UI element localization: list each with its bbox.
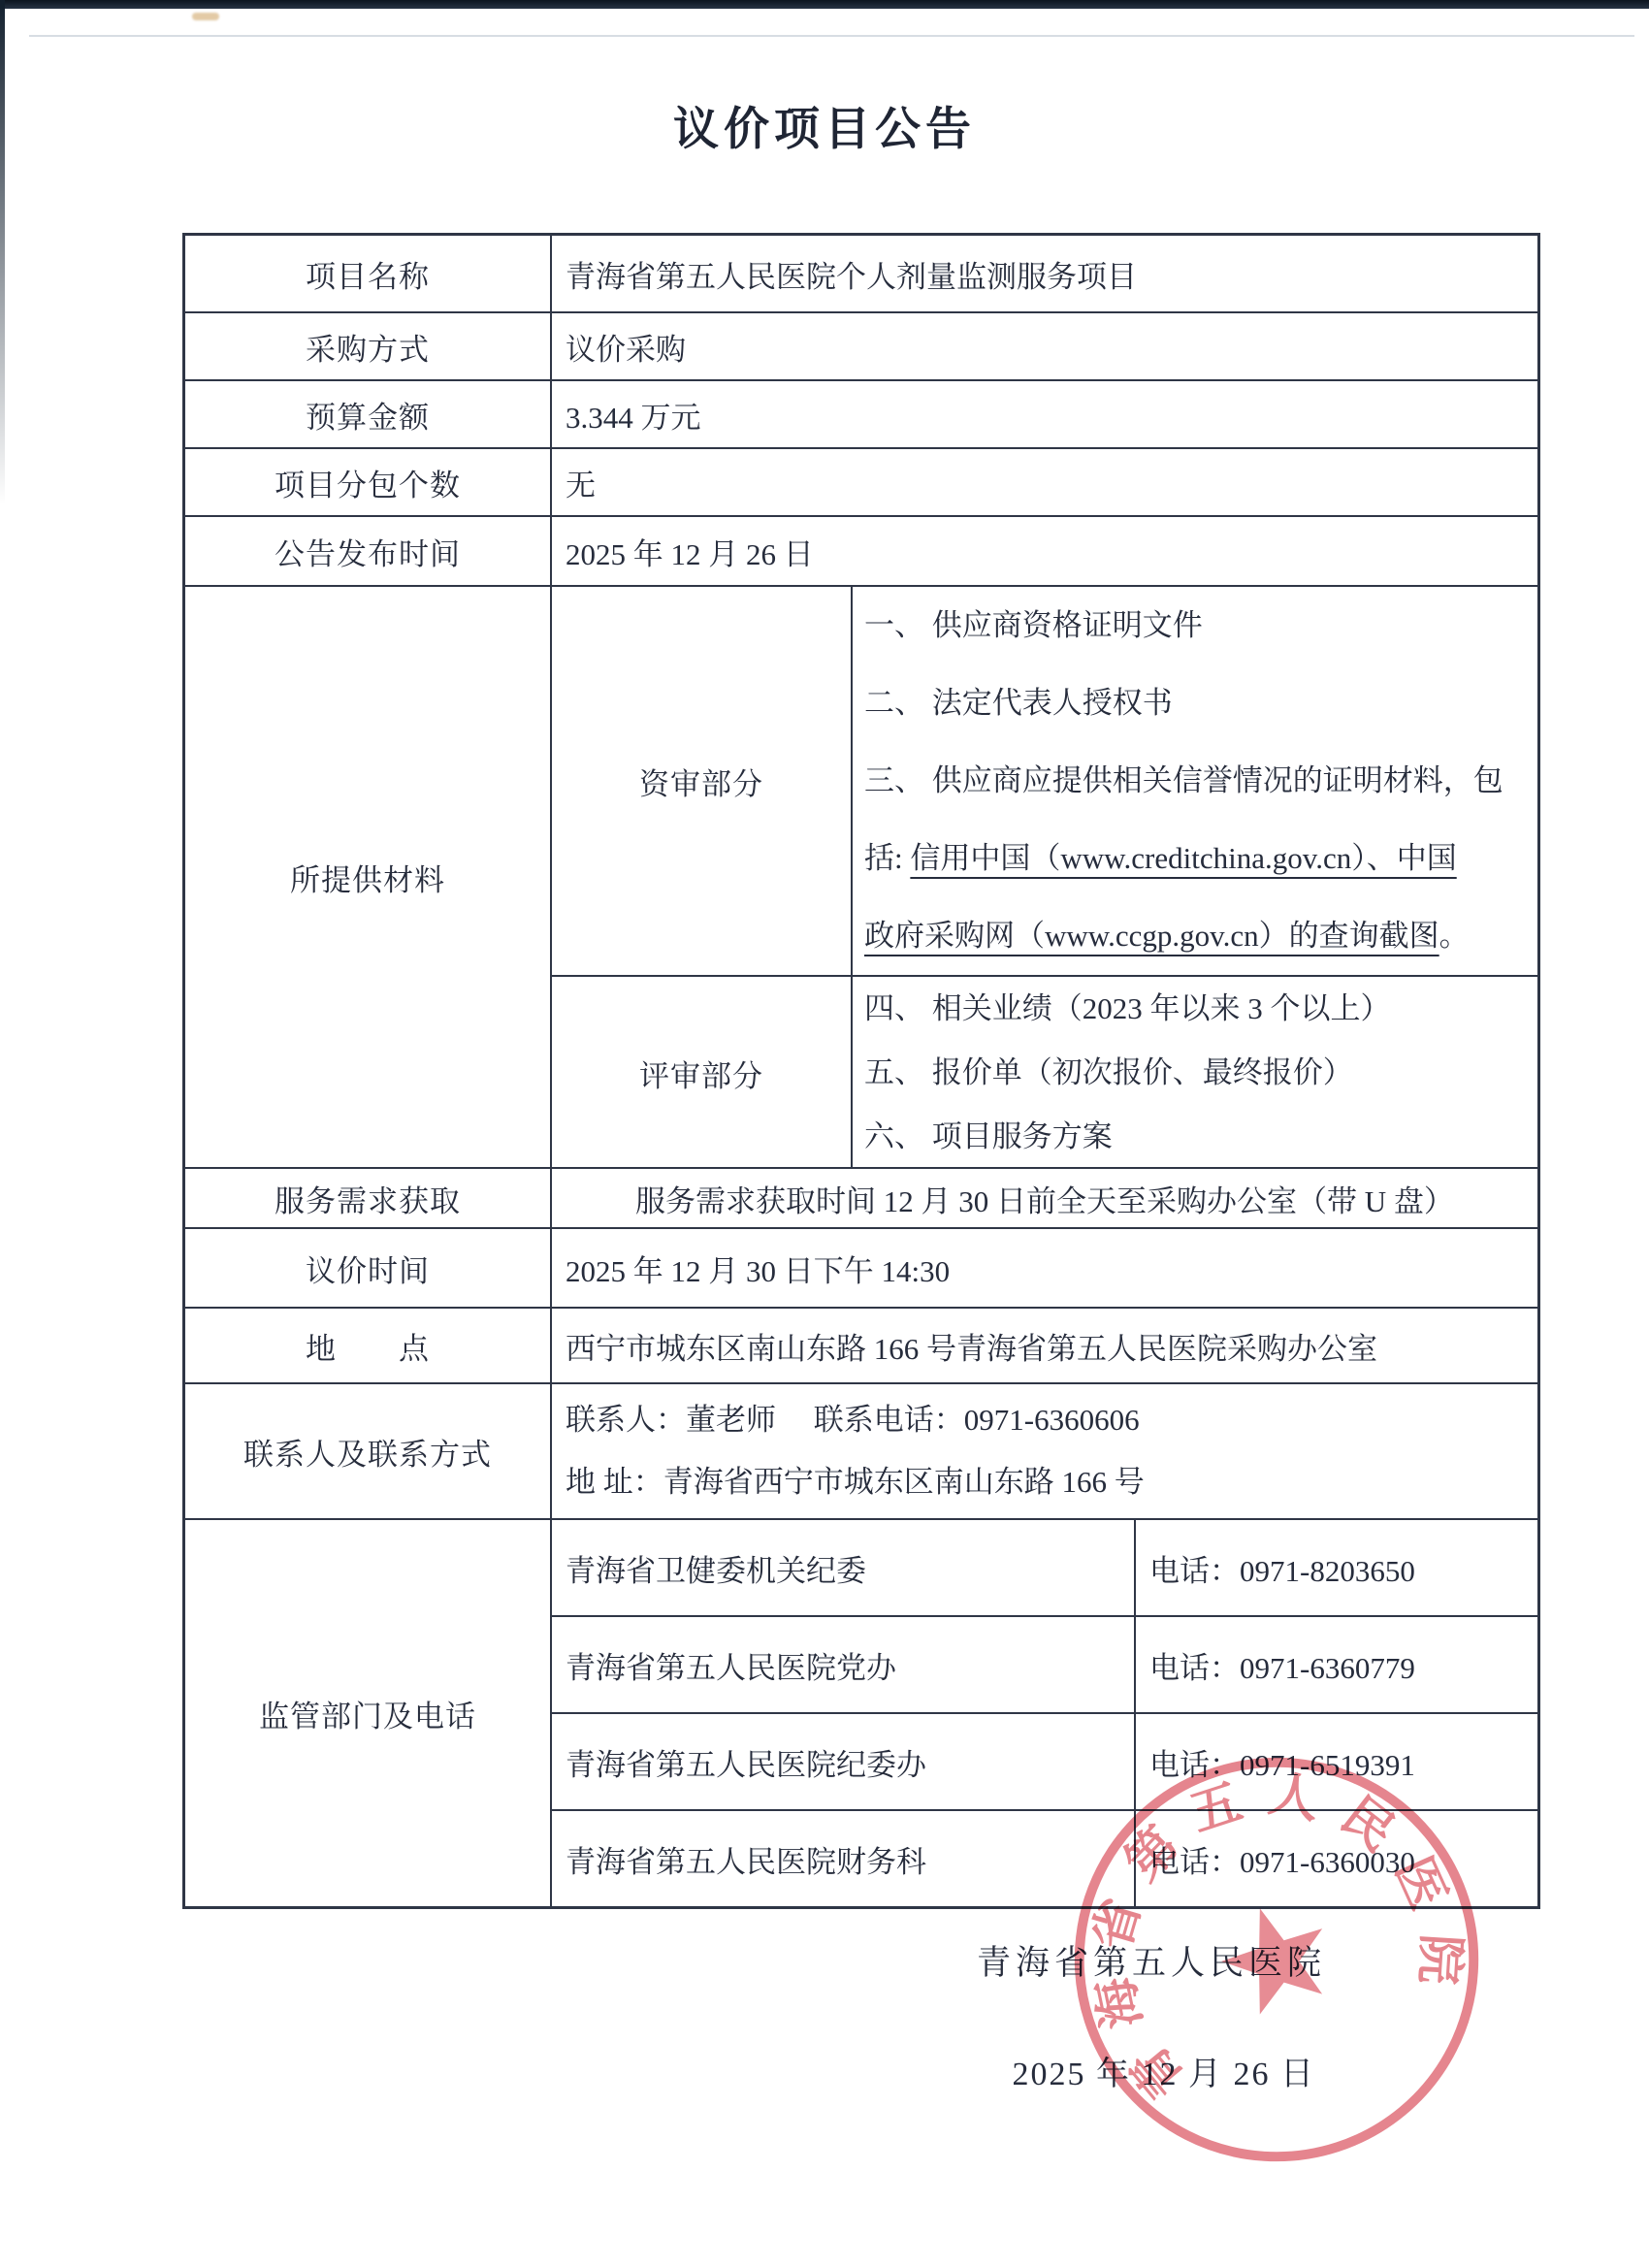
contact-info: 联系人：董老师 联系电话：0971-6360606 地 址：青海省西宁市城东区南…: [552, 1384, 1537, 1518]
scan-artifact-smudge: [192, 13, 219, 20]
row-label-service-requirement: 服务需求获取: [185, 1169, 552, 1227]
footer-organization: 青海省第五人民医院: [977, 1936, 1326, 1985]
materials-evaluation-section: 评审部分 四、 相关业绩（2023 年以来 3 个以上） 五、 报价单（初次报价…: [552, 975, 1537, 1169]
table-row: 地 点 西宁市城东区南山东路 166 号青海省第五人民医院采购办公室: [185, 1307, 1537, 1382]
table-row-contact: 联系人及联系方式 联系人：董老师 联系电话：0971-6360606 地 址：青…: [185, 1382, 1537, 1518]
table-row: 公告发布时间 2025 年 12 月 26 日: [185, 515, 1537, 585]
credit-china-link-text: 信用中国（www.creditchina.gov.cn）、中国: [910, 841, 1456, 875]
qualification-line-3: 三、 供应商应提供相关信誉情况的证明材料，包: [864, 742, 1537, 820]
table-row: 项目分包个数 无: [185, 447, 1537, 515]
row-value-budget: 3.344 万元: [552, 381, 1537, 447]
table-row: 预算金额 3.344 万元: [185, 379, 1537, 447]
evaluation-line-2: 五、 报价单（初次报价、最终报价）: [864, 1041, 1537, 1105]
supervision-row: 青海省第五人民医院党办 电话：0971-6360779: [552, 1615, 1537, 1712]
table-row-supervision: 监管部门及电话 青海省卫健委机关纪委 电话：0971-8203650 青海省第五…: [185, 1518, 1537, 1906]
supervision-dept-1: 青海省卫健委机关纪委: [552, 1520, 1136, 1615]
supervision-row: 青海省第五人民医院纪委办 电话：0971-6519391: [552, 1712, 1537, 1809]
materials-qualification-section: 资审部分 一、 供应商资格证明文件 二、 法定代表人授权书 三、 供应商应提供相…: [552, 587, 1537, 975]
row-label-supervision: 监管部门及电话: [185, 1520, 552, 1906]
page-title: 议价项目公告: [0, 93, 1649, 158]
row-value-service-requirement: 服务需求获取时间 12 月 30 日前全天至采购办公室（带 U 盘）: [552, 1169, 1537, 1227]
row-label-lot-count: 项目分包个数: [185, 449, 552, 515]
qualification-line-2: 二、 法定代表人授权书: [864, 664, 1537, 742]
row-label-procurement-method: 采购方式: [185, 313, 552, 379]
evaluation-line-3: 六、 项目服务方案: [864, 1105, 1537, 1169]
materials-sections: 资审部分 一、 供应商资格证明文件 二、 法定代表人授权书 三、 供应商应提供相…: [552, 587, 1537, 1167]
qualification-line-1: 一、 供应商资格证明文件: [864, 587, 1537, 664]
table-row-materials: 所提供材料 资审部分 一、 供应商资格证明文件 二、 法定代表人授权书 三、 供…: [185, 585, 1537, 1167]
supervision-dept-3: 青海省第五人民医院纪委办: [552, 1714, 1136, 1809]
supervision-dept-4: 青海省第五人民医院财务科: [552, 1811, 1136, 1906]
scan-artifact-line: [29, 35, 1634, 37]
row-value-procurement-method: 议价采购: [552, 313, 1537, 379]
announcement-table: 项目名称 青海省第五人民医院个人剂量监测服务项目 采购方式 议价采购 预算金额 …: [182, 233, 1540, 1909]
row-value-lot-count: 无: [552, 449, 1537, 515]
footer-date: 2025 年 12 月 26 日: [1013, 2047, 1316, 2094]
supervision-row: 青海省卫健委机关纪委 电话：0971-8203650: [552, 1520, 1537, 1615]
table-row: 服务需求获取 服务需求获取时间 12 月 30 日前全天至采购办公室（带 U 盘…: [185, 1167, 1537, 1227]
contact-address-line: 地 址：青海省西宁市城东区南山东路 166 号: [566, 1451, 1145, 1513]
row-label-publish-date: 公告发布时间: [185, 517, 552, 585]
row-value-negotiation-time: 2025 年 12 月 30 日下午 14:30: [552, 1229, 1537, 1307]
evaluation-content: 四、 相关业绩（2023 年以来 3 个以上） 五、 报价单（初次报价、最终报价…: [853, 977, 1537, 1169]
qualification-line-4: 括: 信用中国（www.creditchina.gov.cn）、中国: [864, 820, 1537, 897]
supervision-phone-4: 电话：0971-6360030: [1136, 1811, 1537, 1906]
qualification-label: 资审部分: [552, 587, 853, 975]
row-value-project-name: 青海省第五人民医院个人剂量监测服务项目: [552, 236, 1537, 311]
scan-edge-left: [0, 0, 5, 504]
contact-person-line: 联系人：董老师 联系电话：0971-6360606: [566, 1389, 1140, 1451]
evaluation-label: 评审部分: [552, 977, 853, 1169]
supervision-phone-3: 电话：0971-6519391: [1136, 1714, 1537, 1809]
supervision-phone-1: 电话：0971-8203650: [1136, 1520, 1537, 1615]
row-label-project-name: 项目名称: [185, 236, 552, 311]
supervision-dept-2: 青海省第五人民医院党办: [552, 1617, 1136, 1712]
ccgp-link-text: 政府采购网（www.ccgp.gov.cn）的查询截图: [864, 919, 1439, 953]
table-row: 议价时间 2025 年 12 月 30 日下午 14:30: [185, 1227, 1537, 1307]
row-label-negotiation-time: 议价时间: [185, 1229, 552, 1307]
row-label-contact: 联系人及联系方式: [185, 1384, 552, 1518]
scan-edge-top: [0, 0, 1649, 9]
table-row: 采购方式 议价采购: [185, 311, 1537, 379]
row-value-location: 西宁市城东区南山东路 166 号青海省第五人民医院采购办公室: [552, 1309, 1537, 1382]
supervision-phone-2: 电话：0971-6360779: [1136, 1617, 1537, 1712]
row-label-location: 地 点: [185, 1309, 552, 1382]
row-label-budget: 预算金额: [185, 381, 552, 447]
evaluation-line-1: 四、 相关业绩（2023 年以来 3 个以上）: [864, 977, 1537, 1041]
table-row: 项目名称 青海省第五人民医院个人剂量监测服务项目: [185, 236, 1537, 311]
supervision-rows: 青海省卫健委机关纪委 电话：0971-8203650 青海省第五人民医院党办 电…: [552, 1520, 1537, 1906]
line-5-suffix: 。: [1439, 919, 1470, 953]
line-4-prefix: 括:: [864, 841, 910, 875]
supervision-row: 青海省第五人民医院财务科 电话：0971-6360030: [552, 1809, 1537, 1906]
row-label-materials: 所提供材料: [185, 587, 552, 1167]
qualification-content: 一、 供应商资格证明文件 二、 法定代表人授权书 三、 供应商应提供相关信誉情况…: [853, 587, 1537, 975]
qualification-line-5: 政府采购网（www.ccgp.gov.cn）的查询截图。: [864, 897, 1537, 975]
row-value-publish-date: 2025 年 12 月 26 日: [552, 517, 1537, 585]
